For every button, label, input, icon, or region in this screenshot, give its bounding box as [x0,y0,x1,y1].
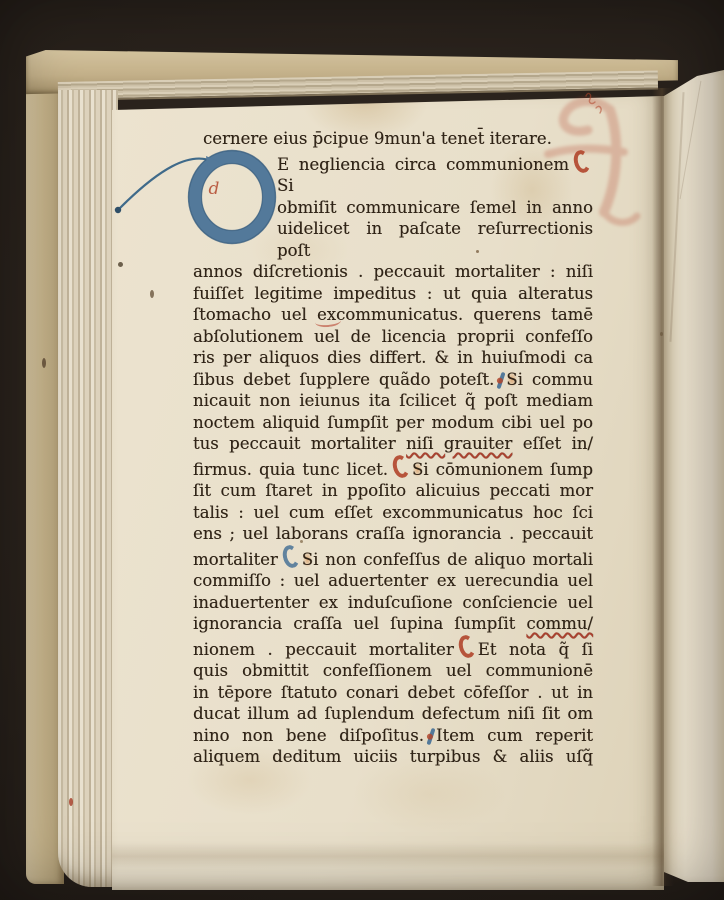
text-line: quis obmittit confeſſionem uel communion… [193,660,593,682]
text-segment: i non confeſſus de aliquo mortali [313,550,593,569]
text-segment: abſolutionem uel de licencia proprii con… [193,327,593,346]
text-segment: aliquem deditum uiciis turpibus & aliis … [193,747,593,766]
text-line: nino non bene diſpoſitus.Item cum reperi… [193,725,593,747]
paragraph-mark-blue-c [280,543,301,569]
paragraph-mark-red-c [390,453,411,479]
paragraph-mark-blue-slash [426,727,435,744]
text-segment: quis obmittit confeſſionem uel communion… [193,661,593,680]
text-line: ſibus debet ſupplere quãdo poteſt.Si com… [193,369,593,391]
text-segment: i commu [518,370,593,389]
text-segment: commu/ [526,614,593,633]
text-segment: mortaliter [193,550,278,569]
text-segment: inaduertenter ex induſcuſione conſcienci… [193,593,593,612]
text-line: in tēpore ſtatuto conari debet cōfeſſor … [193,682,593,704]
paper-fleck [476,250,479,253]
text-segment: ignorancia craſſa uel ſupina ſumpſit [193,614,526,633]
ink-speck [118,262,123,267]
text-segment: eſſet in/ [512,434,593,453]
text-segment: talis : uel cum eſſet excommunicatus hoc… [193,503,593,522]
text-block: cernere eius p̄cipue 9mun'a tenet̄ itera… [193,128,593,768]
text-segment: niſi grauiter [406,434,512,453]
text-segment: noctem aliquid ſumpſit per modum cibi ue… [193,413,593,432]
text-line: annos diſcretionis . peccauit mortaliter… [193,261,593,283]
text-line: ens ; uel laborans craſſa ignorancia . p… [193,523,593,545]
text-segment: uidelicet in paſcate reſurrectionis poſt [277,219,593,260]
text-segment: i cōmunionem ſump [423,460,593,479]
text-line: talis : uel cum eſſet excommunicatus hoc… [193,502,593,524]
text-line: ducat illum ad ſuplendum defectum niſi ſ… [193,703,593,725]
text-line: fuiſſet legitime impeditus : ut quia alt… [193,283,593,305]
text-segment: obmiſit communicare ſemel in anno [277,198,593,217]
text-segment: E negliencia circa communionem [277,155,569,174]
red-speck [69,798,73,806]
page-stack-left-edge [58,90,118,887]
text-line: commiſſo : uel aduertenter ex uerecundia… [193,570,593,592]
text-segment: firmus. quia tunc licet. [193,460,388,479]
text-segment: nino non bene diſpoſitus. [193,726,424,745]
ink-speck [42,358,46,368]
text-segment: ſit cum ſtaret in ppoſito alicuius pecca… [193,481,593,500]
text-segment: S [506,370,517,389]
text-segment: ducat illum ad ſuplendum defectum niſi ſ… [193,704,593,723]
text-segment: tus peccauit mortaliter [193,434,406,453]
text-line: nicauit non ieiunus ita ſcilicet q̃ poſt… [193,390,593,412]
text-segment: ris per aliquos dies differt. & in huiuſ… [193,348,593,367]
text-segment: Si [277,176,294,195]
text-line: ſtomacho uel excommunicatus. querens tam… [193,304,593,326]
text-line: mortaliterSi non confeſſus de aliquo mor… [193,545,593,571]
text-segment: Et nota q̃ ſi [478,640,593,659]
paragraph-mark-red-c [571,148,592,174]
text-segment: Item cum reperit [436,726,593,745]
text-segment: ſtomacho uel excommunicatus. querens tam… [193,305,593,324]
text-segment: fuiſſet legitime impeditus : ut quia alt… [193,284,593,303]
text-line: noctem aliquid ſumpſit per modum cibi ue… [193,412,593,434]
text-segment: nicauit non ieiunus ita ſcilicet q̃ poſt… [193,391,593,410]
paragraph-mark-red-c [456,633,477,659]
text-segment: ens ; uel laborans craſſa ignorancia . p… [193,524,593,543]
text-line: abſolutionem uel de licencia proprii con… [193,326,593,348]
text-line: inaduertenter ex induſcuſione conſcienci… [193,592,593,614]
text-line: ignorancia craſſa uel ſupina ſumpſit com… [193,613,593,635]
facing-page-edge [664,70,724,882]
text-line: E negliencia circa communionemSi [193,150,593,197]
text-segment: S [412,460,423,479]
book-scan: d cernere eius p̄cipue 9mun'a tenet̄ ite… [0,0,724,900]
paper-fleck [300,540,303,543]
text-segment: nionem . peccauit mortaliter [193,640,454,659]
paragraph-mark-blue-slash [497,371,506,388]
text-line: tus peccauit mortaliter niſi grauiter eſ… [193,433,593,455]
text-line: uidelicet in paſcate reſurrectionis poſt [193,218,593,261]
text-line: aliquem deditum uiciis turpibus & aliis … [193,746,593,768]
text-segment: commiſſo : uel aduertenter ex uerecundia… [193,571,593,590]
text-segment: S [302,550,313,569]
text-line: nionem . peccauit mortaliterEt nota q̃ ſ… [193,635,593,661]
text-line: firmus. quia tunc licet.Si cōmunionem ſu… [193,455,593,481]
text-segment: cernere eius p̄cipue 9mun'a tenet̄ itera… [203,129,552,148]
ink-speck [150,290,154,298]
paper-fleck [660,332,663,336]
text-line: ris per aliquos dies differt. & in huiuſ… [193,347,593,369]
text-line: ſit cum ſtaret in ppoſito alicuius pecca… [193,480,593,502]
text-line: cernere eius p̄cipue 9mun'a tenet̄ itera… [193,128,593,150]
text-segment: in tēpore ſtatuto conari debet cōfeſſor … [193,683,593,702]
text-segment: annos diſcretionis . peccauit mortaliter… [193,262,593,281]
text-line: obmiſit communicare ſemel in anno [193,197,593,219]
text-segment: ſibus debet ſupplere quãdo poteſt. [193,370,494,389]
